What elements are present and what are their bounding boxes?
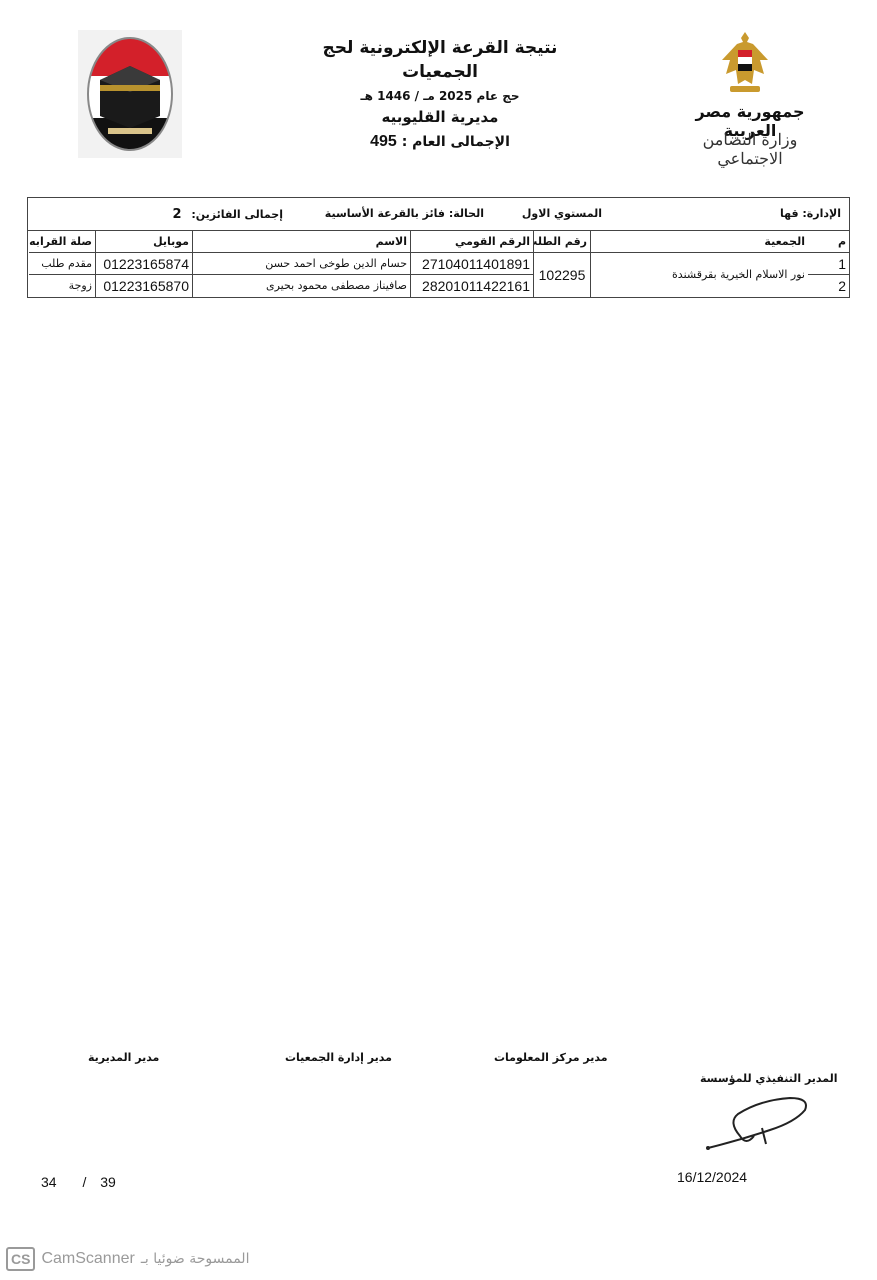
grand-total: الإجمالى العام : 495 — [290, 130, 590, 154]
row-1-name: حسام الدين طوخى احمد حسن — [192, 253, 410, 275]
level-value: المستوي الاول — [522, 207, 602, 220]
hajj-year: حج عام 2025 مـ / 1446 هـ — [290, 86, 590, 106]
sig-info-center-manager: مدير مركز المعلومات — [494, 1051, 608, 1064]
camscanner-arabic-text: الممسوحة ضوئيا بـ — [141, 1251, 250, 1267]
row-2-relation: زوجة — [29, 275, 95, 297]
camscanner-brand: CamScanner — [41, 1250, 134, 1268]
winners-total-value: 2 — [172, 207, 181, 222]
row-2-mobile: 01223165870 — [95, 275, 192, 297]
col-header-relation: صلة القرابه — [29, 231, 95, 253]
report-date: 16/12/2024 — [677, 1169, 747, 1185]
hajj-foundation-logo — [78, 30, 182, 158]
winners-total-label: إجمالى الفائزين: — [191, 208, 283, 221]
row-1-index: 1 — [808, 253, 849, 275]
col-header-association: الجمعية — [590, 231, 808, 253]
signature-scribble-icon — [700, 1092, 815, 1158]
admin-field: الإدارة: قها — [780, 207, 841, 220]
ministry-name: وزارة التضامن الاجتماعي — [670, 130, 830, 168]
winners-total-field: إجمالى الفائزين: 2 — [172, 207, 283, 222]
page-separator: / — [82, 1174, 86, 1190]
row-1-mobile: 01223165874 — [95, 253, 192, 275]
col-header-name: الاسم — [192, 231, 410, 253]
directorate-name: مديرية القليوبيه — [290, 106, 590, 128]
sig-associations-manager: مدير إدارة الجمعيات — [285, 1051, 392, 1064]
col-header-request-no: رقم الطلب — [533, 231, 590, 253]
table-grid: م الجمعية رقم الطلب الرقم القومي الاسم م… — [28, 231, 849, 297]
report-title-block: نتيجة القرعة الإلكترونية لحج الجمعيات حج… — [290, 36, 590, 154]
grand-total-label: الإجمالى العام : — [402, 134, 510, 150]
ministry-logo: جمهورية مصر العربية وزارة التضامن الاجتم… — [670, 30, 830, 165]
table-info-row: الإدارة: قها المستوي الاول الحالة: فائز … — [28, 198, 849, 231]
page-indicator: 34 / 39 — [41, 1174, 116, 1190]
status-label: الحالة: — [449, 207, 484, 220]
grand-total-value: 495 — [370, 133, 397, 150]
eagle-emblem-icon — [720, 30, 770, 96]
report-title: نتيجة القرعة الإلكترونية لحج الجمعيات — [290, 36, 590, 84]
status-field: الحالة: فائز بالقرعة الأساسية — [325, 207, 484, 220]
col-header-national-id: الرقم القومي — [410, 231, 533, 253]
admin-label: الإدارة: — [802, 207, 841, 220]
page-total: 39 — [100, 1174, 116, 1190]
status-value: فائز بالقرعة الأساسية — [325, 207, 445, 220]
page-current: 34 — [41, 1174, 57, 1190]
row-2-national-id: 28201011422161 — [410, 275, 533, 297]
row-2-index: 2 — [808, 275, 849, 297]
admin-value: قها — [780, 207, 799, 220]
association-merged-cell: نور الاسلام الخيرية بقرقشندة — [590, 253, 808, 297]
camscanner-logo-icon: CS — [6, 1247, 35, 1271]
row-1-relation: مقدم طلب — [29, 253, 95, 275]
sig-directorate-manager: مدير المديرية — [88, 1051, 159, 1064]
col-header-index: م — [808, 231, 849, 253]
winners-table: الإدارة: قها المستوي الاول الحالة: فائز … — [27, 197, 850, 298]
camscanner-watermark: CS CamScanner الممسوحة ضوئيا بـ — [6, 1247, 249, 1271]
row-1-national-id: 27104011401891 — [410, 253, 533, 275]
request-no-merged-cell: 102295 — [533, 253, 590, 297]
sig-executive-director: المدير التنفيذي للمؤسسة — [700, 1072, 838, 1085]
row-2-name: صافيناز مصطفى محمود بحيرى — [192, 275, 410, 297]
col-header-mobile: موبايل — [95, 231, 192, 253]
